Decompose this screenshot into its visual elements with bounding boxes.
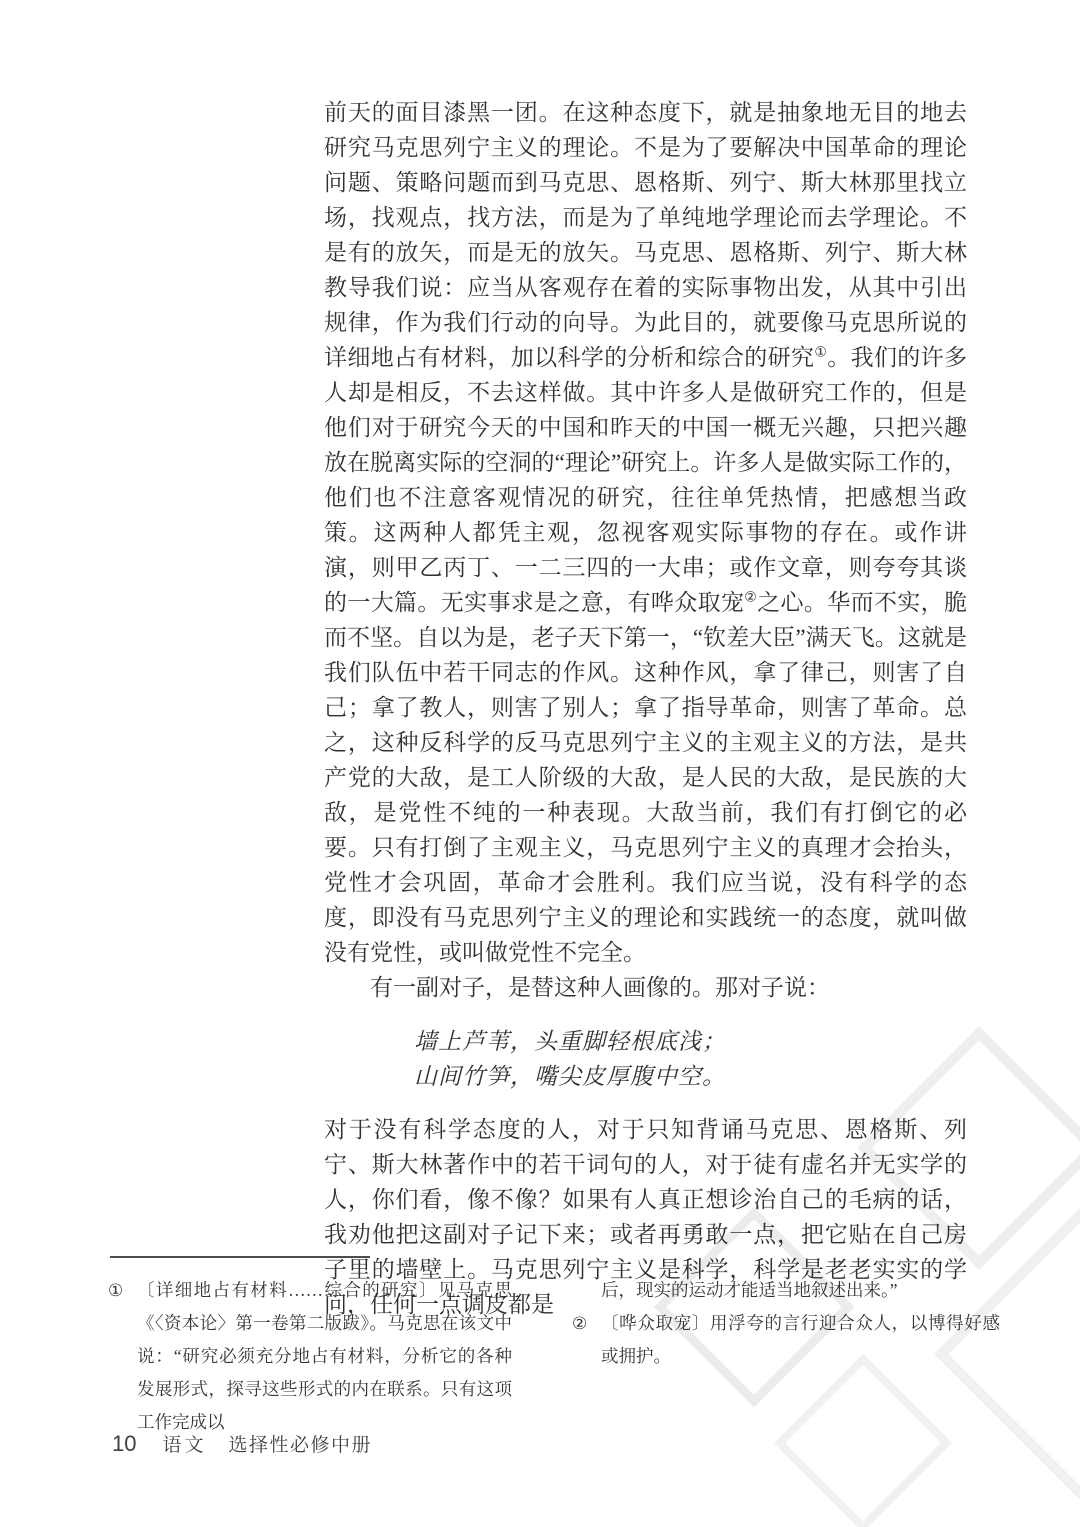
footnote-column-left: ① 〔详细地占有材料……综合的研究〕见马克思《〈资本论〉第一卷第二版跋》。马克思… (108, 1274, 512, 1439)
body-text-block: 前天的面目漆黑一团。在这种态度下，就是抽象地无目的地去研究马克思列宁主义的理论。… (324, 95, 967, 1322)
paragraph-continuation: 前天的面目漆黑一团。在这种态度下，就是抽象地无目的地去研究马克思列宁主义的理论。… (324, 95, 967, 970)
paragraph-text: 前天的面目漆黑一团。在这种态度下，就是抽象地无目的地去研究马克思列宁主义的理论。… (324, 100, 967, 370)
footnote-1-continuation: 后，现实的运动才能适当地叙述出来。” (572, 1274, 1000, 1307)
footnote-ref-1: ① (814, 345, 827, 360)
couplet-line-1: 墙上芦苇，头重脚轻根底浅； (414, 1024, 967, 1059)
footnote-2-marker: ② (572, 1307, 601, 1373)
couplet-line-2: 山间竹笋，嘴尖皮厚腹中空。 (414, 1059, 967, 1094)
footnote-divider (110, 1256, 370, 1258)
footnote-2-text: 〔哗众取宠〕用浮夸的言行迎合众人，以博得好感或拥护。 (601, 1307, 1000, 1373)
paragraph-text: 之心。华而不实，脆而不坚。自以为是，老子天下第一，“钦差大臣”满天飞。这就是我们… (324, 590, 967, 965)
footnote-ref-2: ② (744, 590, 757, 605)
paragraph-text: 。我们的许多人却是相反，不去这样做。其中许多人是做研究工作的，但是他们对于研究今… (324, 345, 967, 615)
page-number: 10 (112, 1431, 136, 1457)
footnote-1-marker: ① (108, 1274, 137, 1439)
footnote-2: ② 〔哗众取宠〕用浮夸的言行迎合众人，以博得好感或拥护。 (572, 1307, 1000, 1373)
paragraph-intro-couplet: 有一副对子，是替这种人画像的。那对子说： (324, 970, 967, 1005)
footnotes-section: ① 〔详细地占有材料……综合的研究〕见马克思《〈资本论〉第一卷第二版跋》。马克思… (108, 1274, 1013, 1439)
textbook-page: 前天的面目漆黑一团。在这种态度下，就是抽象地无目的地去研究马克思列宁主义的理论。… (0, 0, 1080, 1527)
footer-subject: 语文 (162, 1430, 206, 1457)
page-footer: 10 语文 选择性必修中册 (112, 1430, 372, 1457)
footer-volume: 选择性必修中册 (229, 1430, 373, 1457)
footnote-column-right: 后，现实的运动才能适当地叙述出来。” ② 〔哗众取宠〕用浮夸的言行迎合众人，以博… (572, 1274, 1000, 1439)
footnote-1: ① 〔详细地占有材料……综合的研究〕见马克思《〈资本论〉第一卷第二版跋》。马克思… (108, 1274, 512, 1439)
footnote-1-text: 〔详细地占有材料……综合的研究〕见马克思《〈资本论〉第一卷第二版跋》。马克思在该… (137, 1274, 512, 1439)
couplet-block: 墙上芦苇，头重脚轻根底浅； 山间竹笋，嘴尖皮厚腹中空。 (414, 1024, 967, 1094)
